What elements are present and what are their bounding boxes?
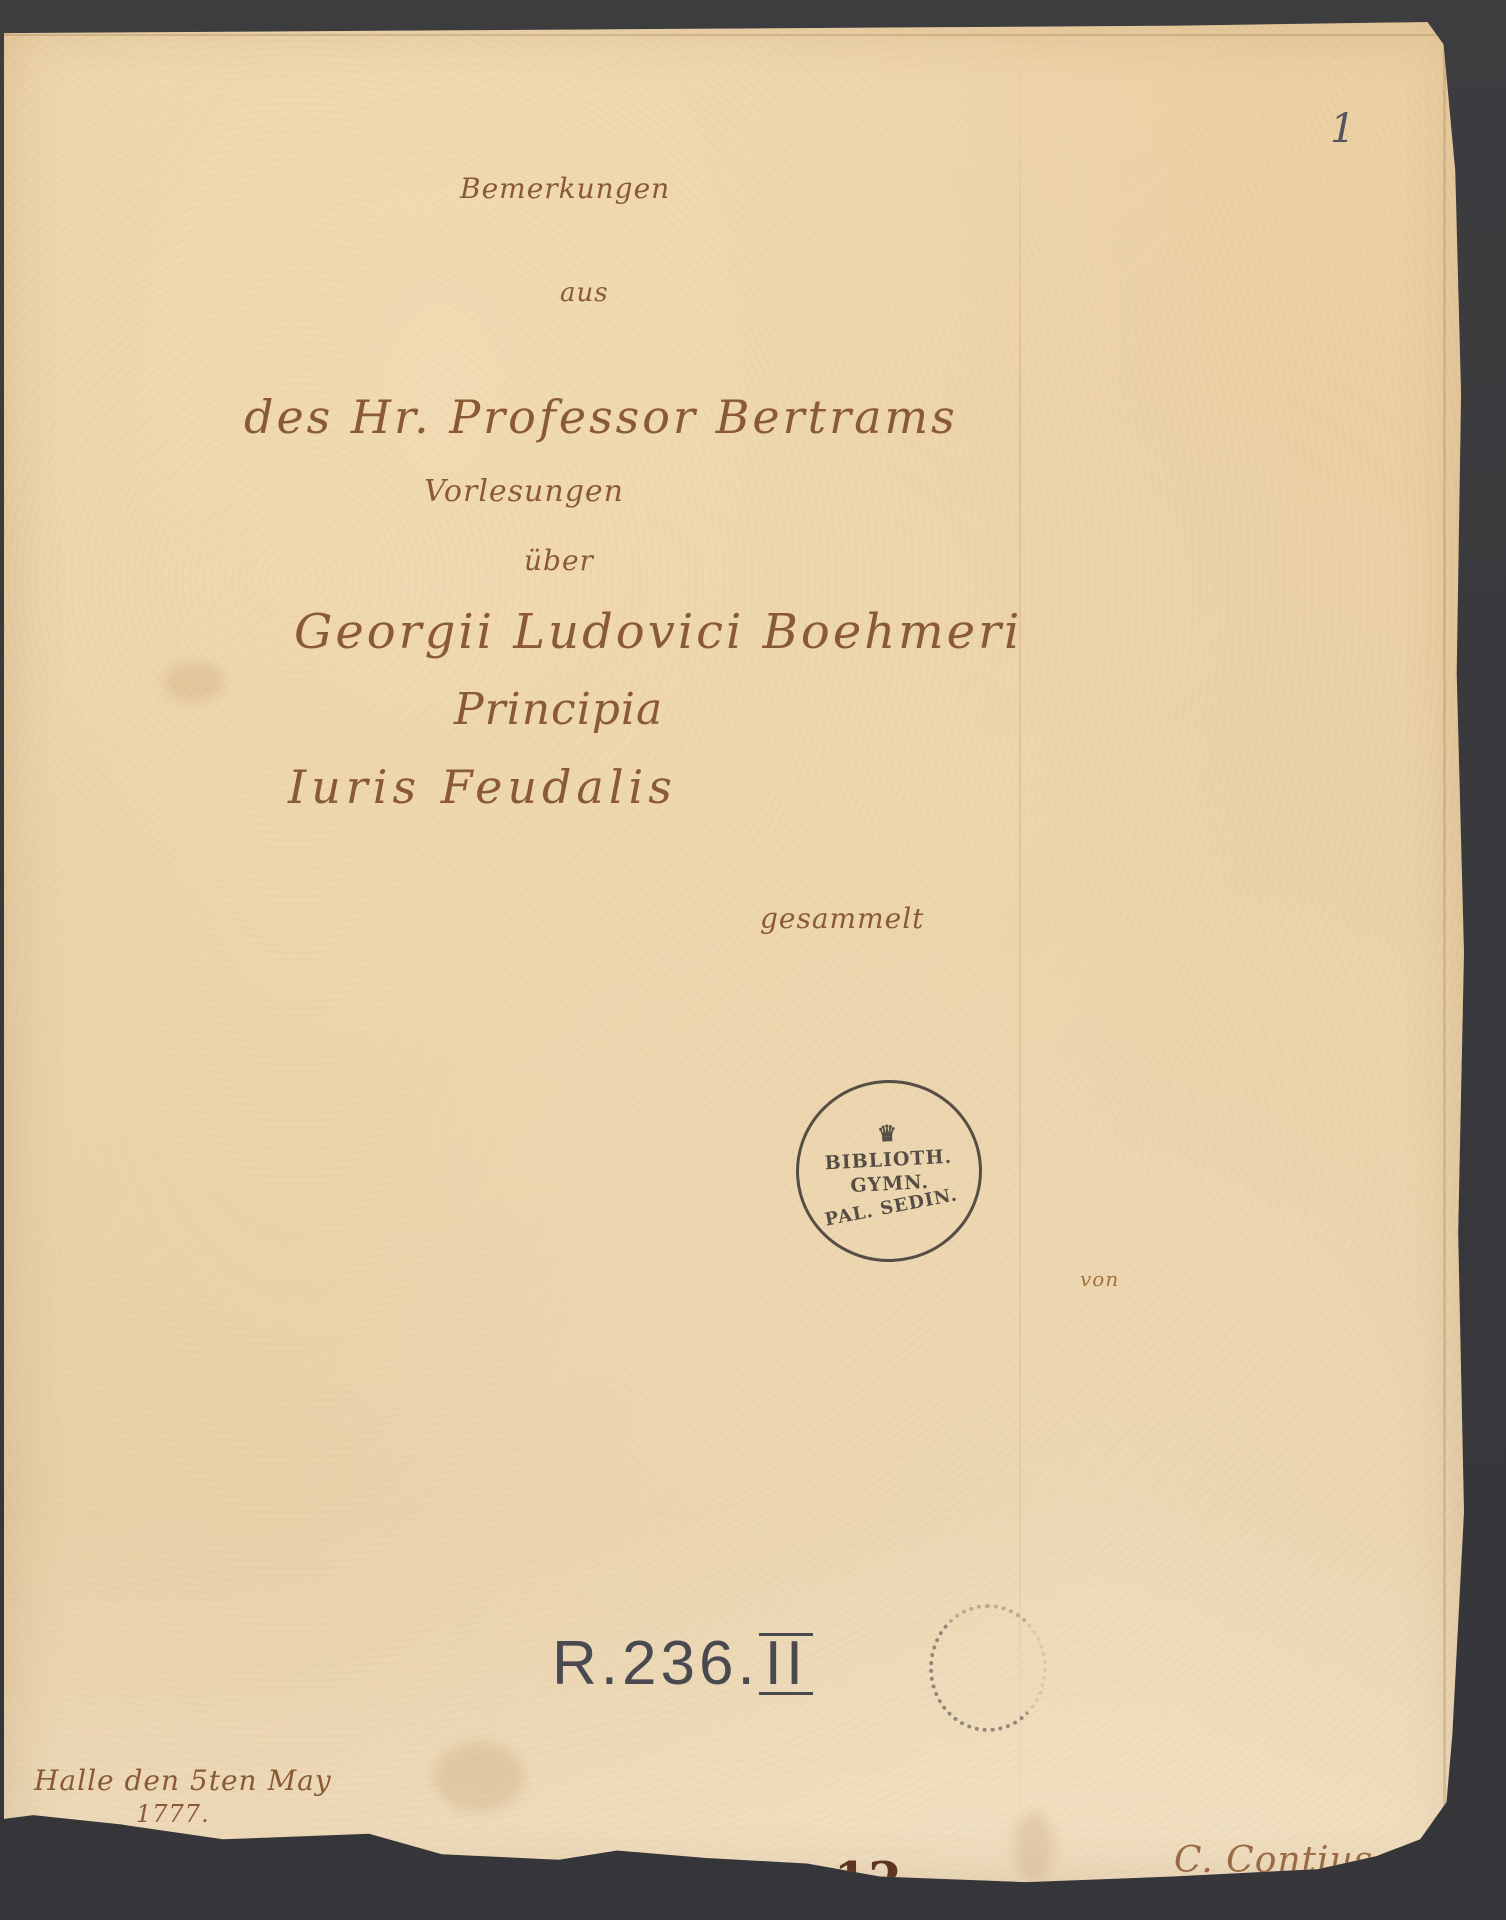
manuscript-page: 1 Bemerkungen aus des Hr. Professor Bert… [4,22,1464,1884]
title-line-gesammelt: gesammelt [760,902,924,935]
foxing-stain [1014,1812,1054,1882]
foxing-stain [164,662,224,702]
title-line-iuris-feudalis: Iuris Feudalis [288,760,677,814]
title-line-bemerkungen: Bemerkungen [460,172,670,205]
folio-number: 1 [1330,106,1356,152]
fold-line [1019,22,1021,1884]
shelfmark-volume: II [759,1633,813,1695]
title-line-principia: Principia [454,684,663,735]
page-right-edge [1443,42,1446,1811]
crown-icon: ♛ [877,1123,898,1146]
page-top-edge [4,34,1464,36]
marginal-mark: von [1080,1267,1119,1291]
title-line-aus: aus [560,278,609,308]
shelfmark: R.236.II [552,1628,813,1699]
title-line-ueber: über [524,544,594,577]
title-line-vorlesungen: Vorlesungen [424,474,624,509]
foxing-stain [434,1742,524,1812]
title-line-author: Georgii Ludovici Boehmeri [294,604,1022,660]
date-line: Halle den 5ten May [34,1764,332,1797]
library-stamp: ♛ BIBLIOTH. GYMN. PAL. SEDIN. [791,1075,986,1266]
shelfmark-prefix: R.236. [552,1629,759,1698]
date-year: 1777. [136,1800,210,1828]
faded-stamp [929,1604,1047,1732]
title-line-professor: des Hr. Professor Bertrams [244,390,958,444]
stamp-line-1: BIBLIOTH. [824,1146,953,1176]
